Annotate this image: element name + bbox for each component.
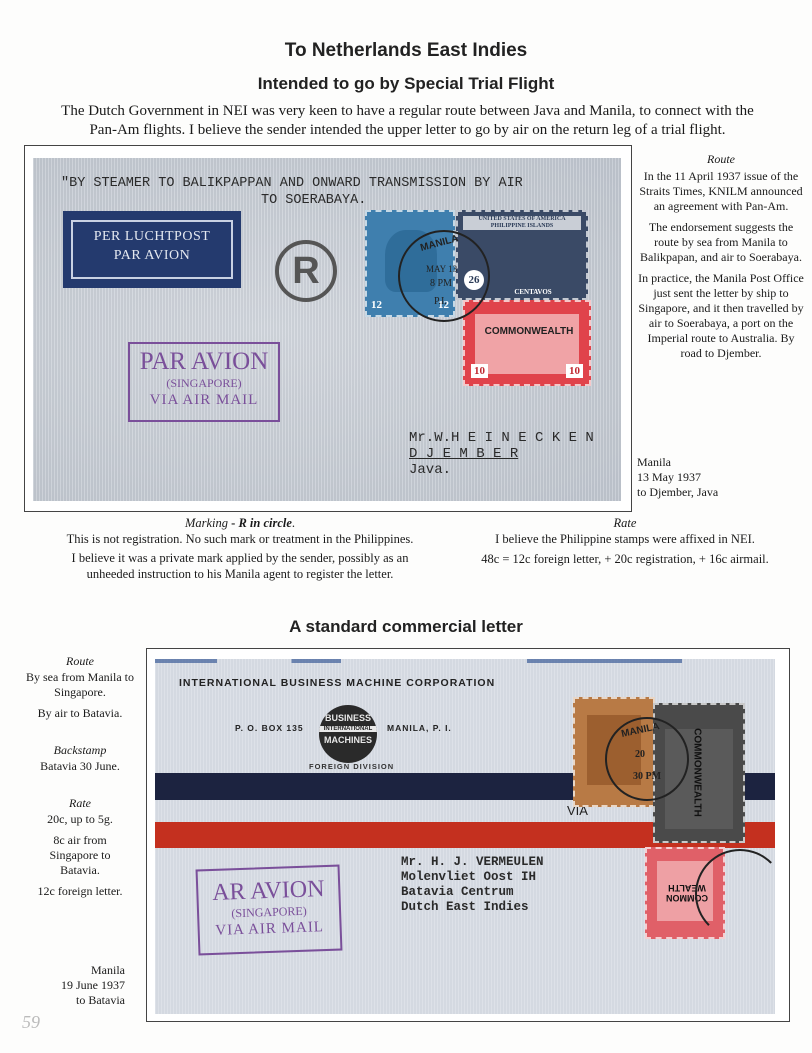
rate-notes: Rate I believe the Philippine stamps wer… bbox=[455, 515, 795, 567]
cover1-frame: "BY STEAMER TO BALIKPAPPAN AND ONWARD TR… bbox=[24, 145, 632, 512]
rate-heading: Rate bbox=[455, 515, 795, 531]
cover2-notes: Route By sea from Manila to Singapore. B… bbox=[15, 654, 145, 905]
cover2-airmail-cachet: AR AVION (SINGAPORE) VIA AIR MAIL bbox=[196, 865, 343, 956]
address-line-2: D J E M B E R bbox=[409, 446, 594, 462]
cover2-rate-3: 12c foreign letter. bbox=[15, 884, 145, 899]
route-note-3: In practice, the Manila Post Office just… bbox=[636, 271, 806, 361]
cover2-rate-2: 8c air from Singapore to Batavia. bbox=[15, 833, 145, 878]
intro-paragraph: The Dutch Government in NEI was very kee… bbox=[20, 102, 795, 140]
route-note-1: In the 11 April 1937 issue of the Strait… bbox=[636, 169, 806, 214]
address-line-1: Mr. H. J. VERMEULEN bbox=[401, 855, 544, 870]
cover2-postmark: MANILA 20 30 PM bbox=[605, 717, 689, 801]
marking-title: R in circle bbox=[238, 516, 291, 530]
airmail-label-line-1: PER LUCHTPOST bbox=[63, 229, 241, 245]
cachet-line-3: VIA AIR MAIL bbox=[199, 917, 340, 942]
route-note-2: The endorsement suggests the route by se… bbox=[636, 220, 806, 265]
cover1-envelope: "BY STEAMER TO BALIKPAPPAN AND ONWARD TR… bbox=[33, 158, 621, 501]
intro-line-2: Pan-Am flights. I believe the sender int… bbox=[20, 121, 795, 140]
cover2-route-1: By sea from Manila to Singapore. bbox=[15, 670, 145, 700]
marking-note-1: This is not registration. No such mark o… bbox=[40, 531, 440, 547]
intro-line-1: The Dutch Government in NEI was very kee… bbox=[20, 102, 795, 121]
letterhead-city: MANILA, P. I. bbox=[387, 723, 452, 733]
cachet-line-3: VIA AIR MAIL bbox=[130, 390, 278, 410]
airmail-label: PER LUCHTPOST PAR AVION bbox=[63, 211, 241, 288]
cover2-frame: INTERNATIONAL BUSINESS MACHINE CORPORATI… bbox=[146, 648, 790, 1022]
cover2-envelope: INTERNATIONAL BUSINESS MACHINE CORPORATI… bbox=[155, 659, 775, 1014]
address-line-2: Molenvliet Oost IH bbox=[401, 870, 544, 885]
stamp-26c-header: UNITED STATES OF AMERICA PHILIPPINE ISLA… bbox=[463, 216, 581, 230]
route-heading: Route bbox=[636, 152, 806, 167]
cover1-address: Mr.W.H E I N E C K E N D J E M B E R Jav… bbox=[409, 430, 594, 478]
cachet-line-1: AR AVION bbox=[198, 875, 339, 908]
section2-title: A standard commercial letter bbox=[0, 617, 812, 637]
r-in-circle-mark: R bbox=[275, 240, 337, 302]
rate-note-2: 48c = 12c foreign letter, + 20c registra… bbox=[455, 551, 795, 567]
address-line-4: Dutch East Indies bbox=[401, 900, 544, 915]
marking-note-2: I believe it was a private mark applied … bbox=[40, 550, 440, 582]
marking-heading: Marking bbox=[185, 516, 228, 530]
cover1-date-info: Manila 13 May 1937 to Djember, Java bbox=[637, 455, 718, 500]
cover2-address: Mr. H. J. VERMEULEN Molenvliet Oost IH B… bbox=[401, 855, 544, 915]
page-subtitle: Intended to go by Special Trial Flight bbox=[0, 74, 812, 94]
letterhead-po-box: P. O. BOX 135 bbox=[235, 723, 304, 733]
r-mark-letter: R bbox=[292, 250, 319, 292]
cachet-line-1: PAR AVION bbox=[130, 348, 278, 376]
cover1-route-notes: Route In the 11 April 1937 issue of the … bbox=[636, 152, 806, 367]
cover2-date-info: Manila 19 June 1937 to Batavia bbox=[15, 963, 125, 1008]
stamp-overprint: COMMONWEALTH bbox=[465, 326, 593, 337]
letterhead-company: INTERNATIONAL BUSINESS MACHINE CORPORATI… bbox=[179, 677, 495, 689]
cachet-line-2: (SINGAPORE) bbox=[130, 376, 278, 390]
cover1-postmark: MANILA MAY 13 8 PM P.I. bbox=[398, 230, 490, 322]
endorsement-line-1: "BY STEAMER TO BALIKPAPPAN AND ONWARD TR… bbox=[61, 175, 621, 192]
cover2-backstamp: Batavia 30 June. bbox=[15, 759, 145, 774]
address-line-3: Batavia Centrum bbox=[401, 885, 544, 900]
marking-notes: Marking - R in circle. This is not regis… bbox=[40, 515, 440, 582]
page-title: To Netherlands East Indies bbox=[0, 40, 812, 62]
rate-note-1: I believe the Philippine stamps were aff… bbox=[455, 531, 795, 547]
airmail-label-line-2: PAR AVION bbox=[63, 248, 241, 264]
cover1-airmail-cachet: PAR AVION (SINGAPORE) VIA AIR MAIL bbox=[128, 342, 280, 422]
cover1-endorsement: "BY STEAMER TO BALIKPAPPAN AND ONWARD TR… bbox=[61, 175, 621, 209]
ibm-globe-logo: BUSINESS INTERNATIONAL MACHINES bbox=[319, 705, 377, 763]
address-line-3: Java. bbox=[409, 462, 594, 478]
stamp-10c-commonwealth: COMMONWEALTH 10 10 bbox=[463, 300, 591, 386]
cover2-rate-1: 20c, up to 5g. bbox=[15, 812, 145, 827]
cover2-postmark-2 bbox=[695, 849, 785, 939]
cover2-route-2: By air to Batavia. bbox=[15, 706, 145, 721]
address-line-1: Mr.W.H E I N E C K E N bbox=[409, 430, 594, 446]
letterhead-division: FOREIGN DIVISION bbox=[309, 762, 394, 771]
endorsement-line-2: TO SOERABAYA. bbox=[61, 192, 621, 209]
page-number-mark: 59 bbox=[22, 1012, 40, 1033]
